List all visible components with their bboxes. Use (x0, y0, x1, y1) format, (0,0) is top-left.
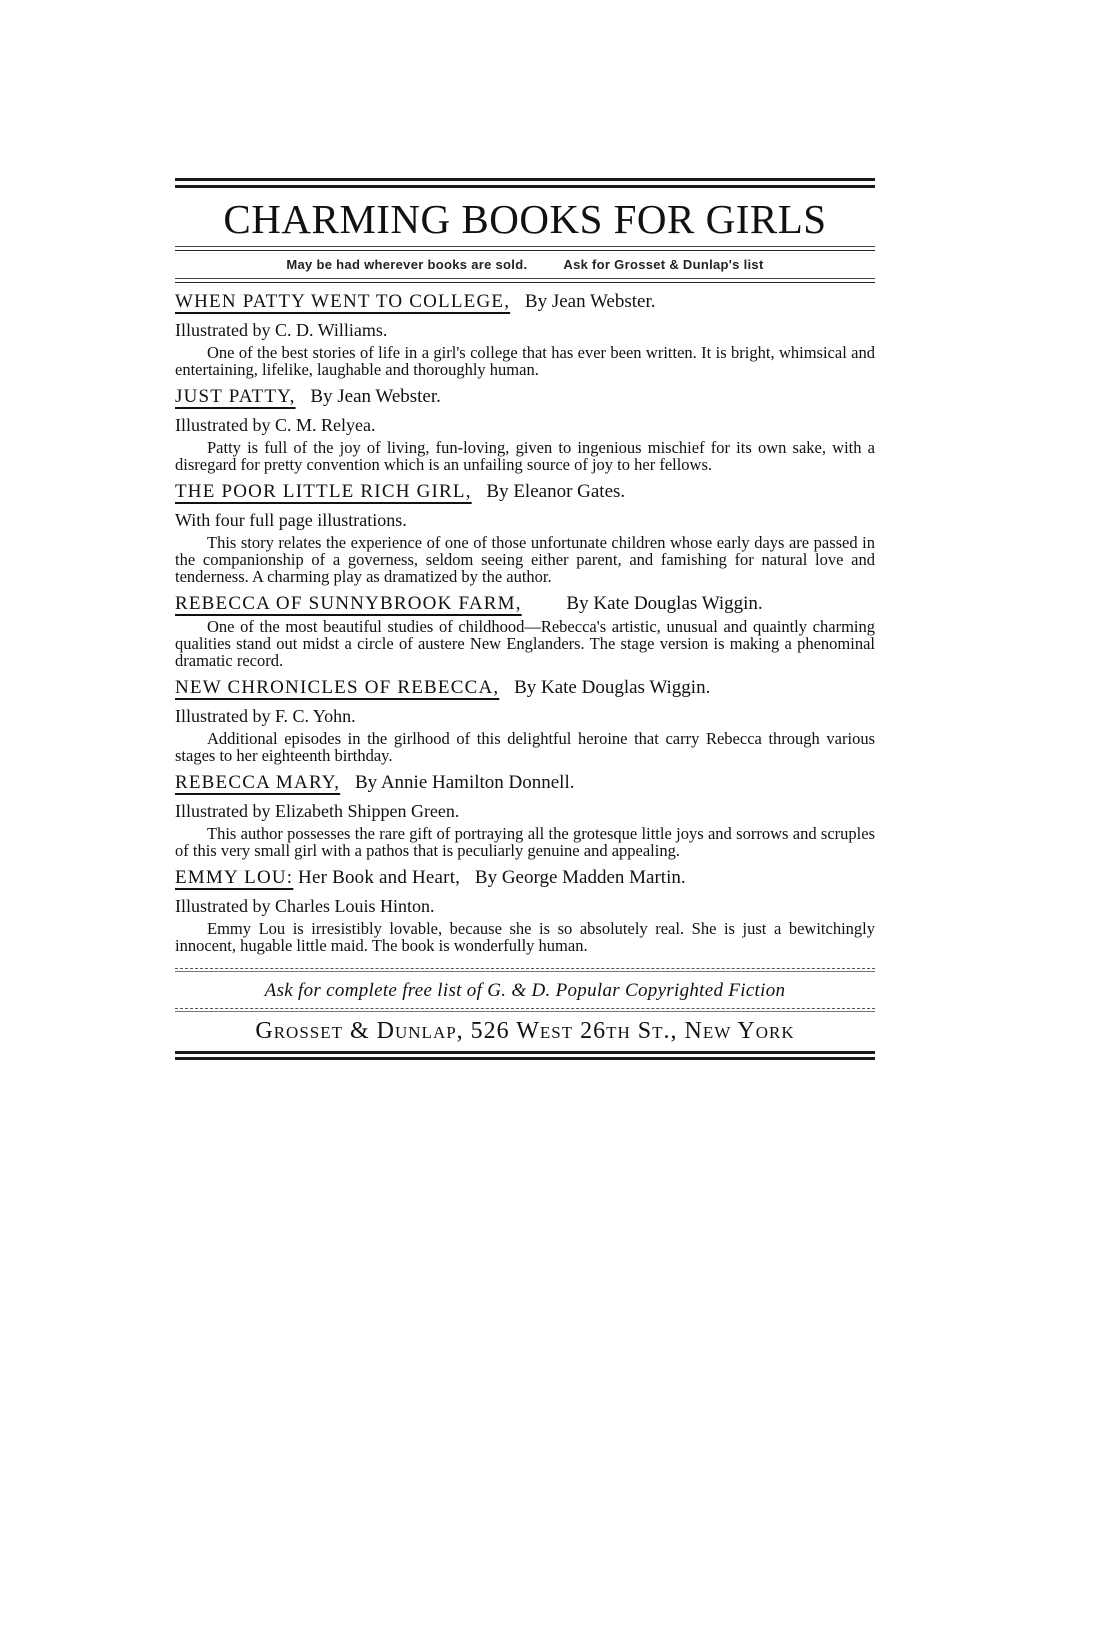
subheading: May be had wherever books are sold. Ask … (175, 257, 875, 272)
book-author: By George Madden Martin. (475, 867, 686, 888)
entry-heading: NEW CHRONICLES OF REBECCA, By Kate Dougl… (175, 675, 875, 701)
entry-heading: JUST PATTY, By Jean Webster. (175, 384, 875, 410)
book-author: By Jean Webster. (310, 386, 441, 407)
book-illustrator: Illustrated by F. C. Yohn. (175, 703, 875, 729)
entry-heading: EMMY LOU: Her Book and Heart, By George … (175, 865, 875, 891)
book-description: One of the best stories of life in a gir… (175, 344, 875, 378)
book-author: By Annie Hamilton Donnell. (355, 772, 575, 793)
book-entry: REBECCA OF SUNNYBROOK FARM, By Kate Doug… (175, 591, 875, 669)
bottom-rule-2 (175, 1057, 875, 1060)
title-rule (175, 246, 875, 251)
book-illustrator: Illustrated by Charles Louis Hinton. (175, 893, 875, 919)
book-description: Additional episodes in the girlhood of t… (175, 730, 875, 764)
entry-heading: THE POOR LITTLE RICH GIRL, By Eleanor Ga… (175, 479, 875, 505)
book-illustrator: With four full page illustrations. (175, 507, 875, 533)
book-entry: REBECCA MARY, By Annie Hamilton Donnell.… (175, 770, 875, 859)
entry-heading: WHEN PATTY WENT TO COLLEGE, By Jean Webs… (175, 289, 875, 315)
page-title: CHARMING BOOKS FOR GIRLS (175, 196, 875, 242)
book-entry: THE POOR LITTLE RICH GIRL, By Eleanor Ga… (175, 479, 875, 585)
book-author: By Kate Douglas Wiggin. (514, 677, 710, 698)
book-author: By Jean Webster. (525, 291, 656, 312)
advertisement-page: CHARMING BOOKS FOR GIRLS May be had wher… (175, 178, 875, 1060)
book-title: WHEN PATTY WENT TO COLLEGE, (175, 291, 510, 312)
book-entry: JUST PATTY, By Jean Webster. Illustrated… (175, 384, 875, 473)
book-illustrator: Illustrated by C. M. Relyea. (175, 412, 875, 438)
book-description: Patty is full of the joy of living, fun-… (175, 439, 875, 473)
entry-heading: REBECCA OF SUNNYBROOK FARM, By Kate Doug… (175, 591, 875, 617)
book-title: NEW CHRONICLES OF REBECCA, (175, 677, 499, 698)
top-rule-2 (175, 185, 875, 188)
book-description: One of the most beautiful studies of chi… (175, 618, 875, 669)
list-note: Ask for Grosset & Dunlap's list (563, 257, 763, 272)
availability-note: May be had wherever books are sold. (286, 257, 527, 272)
book-illustrator: Illustrated by C. D. Williams. (175, 317, 875, 343)
book-entry: WHEN PATTY WENT TO COLLEGE, By Jean Webs… (175, 289, 875, 378)
footer-note: Ask for complete free list of G. & D. Po… (175, 980, 875, 1002)
book-author: By Kate Douglas Wiggin. (566, 593, 762, 614)
book-illustrator: Illustrated by Elizabeth Shippen Green. (175, 798, 875, 824)
book-description: This author possesses the rare gift of p… (175, 825, 875, 859)
footer-rule-2 (175, 1008, 875, 1012)
book-title: EMMY LOU: (175, 867, 293, 888)
book-description: Emmy Lou is irresistibly lovable, becaus… (175, 920, 875, 954)
entry-heading: REBECCA MARY, By Annie Hamilton Donnell. (175, 770, 875, 796)
book-description: This story relates the experience of one… (175, 534, 875, 585)
book-entry: EMMY LOU: Her Book and Heart, By George … (175, 865, 875, 954)
book-author: By Eleanor Gates. (486, 481, 625, 502)
book-title: REBECCA MARY, (175, 772, 340, 793)
book-entry: NEW CHRONICLES OF REBECCA, By Kate Dougl… (175, 675, 875, 764)
book-title: JUST PATTY, (175, 386, 296, 407)
footer-rule (175, 968, 875, 972)
publisher-imprint: Grosset & Dunlap, 526 West 26th St., New… (175, 1018, 875, 1045)
subheading-rule (175, 278, 875, 283)
book-title: REBECCA OF SUNNYBROOK FARM, (175, 593, 522, 614)
book-title: THE POOR LITTLE RICH GIRL, (175, 481, 472, 502)
book-subtitle: Her Book and Heart, (298, 867, 460, 888)
